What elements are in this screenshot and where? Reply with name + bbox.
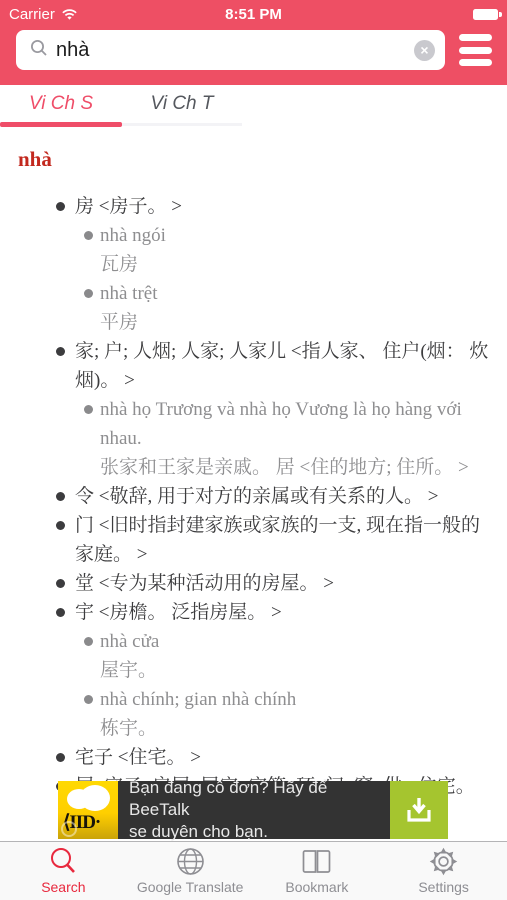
gear-icon xyxy=(428,844,459,878)
menu-icon[interactable] xyxy=(459,34,492,66)
entry-term: 宇 <房檐。 泛指房屋。 > xyxy=(75,598,490,627)
sub-entry-chinese: 栋宇。 xyxy=(0,714,507,743)
bottom-tab-bar: Search Google Translate Boo xyxy=(0,841,507,900)
active-tab-indicator xyxy=(0,122,122,127)
ad-text-line1: Bạn đang cô đơn? Hãy để BeeTalk xyxy=(129,777,390,821)
search-field[interactable]: × xyxy=(16,30,445,70)
results-area: nhà 房 <房子。 >nhà ngói瓦房nhà trệt平房家; 户; 人烟… xyxy=(0,128,507,841)
bullet-icon xyxy=(56,598,75,627)
list-item[interactable]: 宇 <房檐。 泛指房屋。 > xyxy=(0,598,507,627)
ad-info-icon xyxy=(61,821,77,837)
list-item[interactable]: 房 <房子。 > xyxy=(0,192,507,221)
globe-icon xyxy=(175,844,206,878)
beetalk-logo: ⟨ΙΙD· xyxy=(58,781,118,839)
tab-vi-ch-s[interactable]: Vi Ch S xyxy=(0,85,122,123)
sub-entry-vietnamese: nhà trệt xyxy=(100,279,158,308)
entry-term: 宅子 <住宅。 > xyxy=(75,743,490,772)
sub-bullet-icon xyxy=(84,627,100,656)
sub-entry-vietnamese: nhà ngói xyxy=(100,221,166,250)
sub-bullet-icon xyxy=(84,221,100,250)
entry-list: 房 <房子。 >nhà ngói瓦房nhà trệt平房家; 户; 人烟; 人家… xyxy=(0,192,507,830)
book-icon xyxy=(301,844,332,878)
bullet-icon xyxy=(56,337,75,395)
ad-text-line2: se duyên cho bạn. xyxy=(129,821,390,843)
sub-list-item[interactable]: nhà trệt xyxy=(0,279,507,308)
status-time: 8:51 PM xyxy=(169,6,338,23)
ad-download-button[interactable] xyxy=(390,781,448,839)
list-item[interactable]: 宅子 <住宅。 > xyxy=(0,743,507,772)
sub-list-item[interactable]: nhà chính; gian nhà chính xyxy=(0,685,507,714)
sub-list-item[interactable]: nhà ngói xyxy=(0,221,507,250)
sub-entry-vietnamese: nhà họ Trương và nhà họ Vương là họ hàng… xyxy=(100,395,490,453)
carrier-label: Carrier xyxy=(9,6,55,23)
app-screen: Carrier 8:51 PM xyxy=(0,0,507,900)
bullet-icon xyxy=(56,569,75,598)
sub-entry-vietnamese: nhà cửa xyxy=(100,627,159,656)
sub-entry-chinese: 平房 xyxy=(0,308,507,337)
battery-icon xyxy=(473,9,498,20)
status-bar: Carrier 8:51 PM xyxy=(0,0,507,28)
dictionary-tabs: Vi Ch S Vi Ch T xyxy=(0,85,507,128)
bullet-icon xyxy=(56,482,75,511)
tab-divider xyxy=(122,123,242,126)
sub-bullet-icon xyxy=(84,395,100,453)
bullet-icon xyxy=(56,511,75,569)
tab-vi-ch-t[interactable]: Vi Ch T xyxy=(122,85,242,123)
search-tab-icon xyxy=(48,844,78,878)
search-icon xyxy=(30,39,48,62)
tabbar-item-settings[interactable]: Settings xyxy=(380,842,507,900)
sub-entry-chinese: 瓦房 xyxy=(0,250,507,279)
headword: nhà xyxy=(18,147,507,172)
ad-banner[interactable]: ⟨ΙΙD· Bạn đang cô đơn? Hãy để BeeTalk se… xyxy=(58,781,448,839)
sub-bullet-icon xyxy=(84,279,100,308)
wifi-icon xyxy=(61,8,78,21)
entry-term: 门 <旧时指封建家族或家族的一支, 现在指一般的家庭。 > xyxy=(75,511,490,569)
list-item[interactable]: 令 <敬辞, 用于对方的亲属或有关系的人。 > xyxy=(0,482,507,511)
entry-term: 令 <敬辞, 用于对方的亲属或有关系的人。 > xyxy=(75,482,490,511)
entry-term: 家; 户; 人烟; 人家; 人家儿 <指人家、 住户(烟： 炊烟)。 > xyxy=(75,337,490,395)
tabbar-item-bookmark[interactable]: Bookmark xyxy=(254,842,381,900)
sub-list-item[interactable]: nhà họ Trương và nhà họ Vương là họ hàng… xyxy=(0,395,507,453)
search-input[interactable] xyxy=(56,39,414,62)
entry-term: 房 <房子。 > xyxy=(75,192,490,221)
header: Carrier 8:51 PM xyxy=(0,0,507,85)
list-item[interactable]: 门 <旧时指封建家族或家族的一支, 现在指一般的家庭。 > xyxy=(0,511,507,569)
sub-list-item[interactable]: nhà cửa xyxy=(0,627,507,656)
entry-term: 堂 <专为某种活动用的房屋。 > xyxy=(75,569,490,598)
list-item[interactable]: 家; 户; 人烟; 人家; 人家儿 <指人家、 住户(烟： 炊烟)。 > xyxy=(0,337,507,395)
tabbar-item-search[interactable]: Search xyxy=(0,842,127,900)
download-icon xyxy=(402,793,436,827)
sub-bullet-icon xyxy=(84,685,100,714)
sub-entry-chinese: 屋宇。 xyxy=(0,656,507,685)
list-item[interactable]: 堂 <专为某种活动用的房屋。 > xyxy=(0,569,507,598)
sub-entry-vietnamese: nhà chính; gian nhà chính xyxy=(100,685,296,714)
bullet-icon xyxy=(56,743,75,772)
tabbar-item-google-translate[interactable]: Google Translate xyxy=(127,842,254,900)
clear-search-icon[interactable]: × xyxy=(414,40,435,61)
sub-entry-chinese: 张家和王家是亲戚。 居 <住的地方; 住所。 > xyxy=(0,453,507,482)
bullet-icon xyxy=(56,192,75,221)
